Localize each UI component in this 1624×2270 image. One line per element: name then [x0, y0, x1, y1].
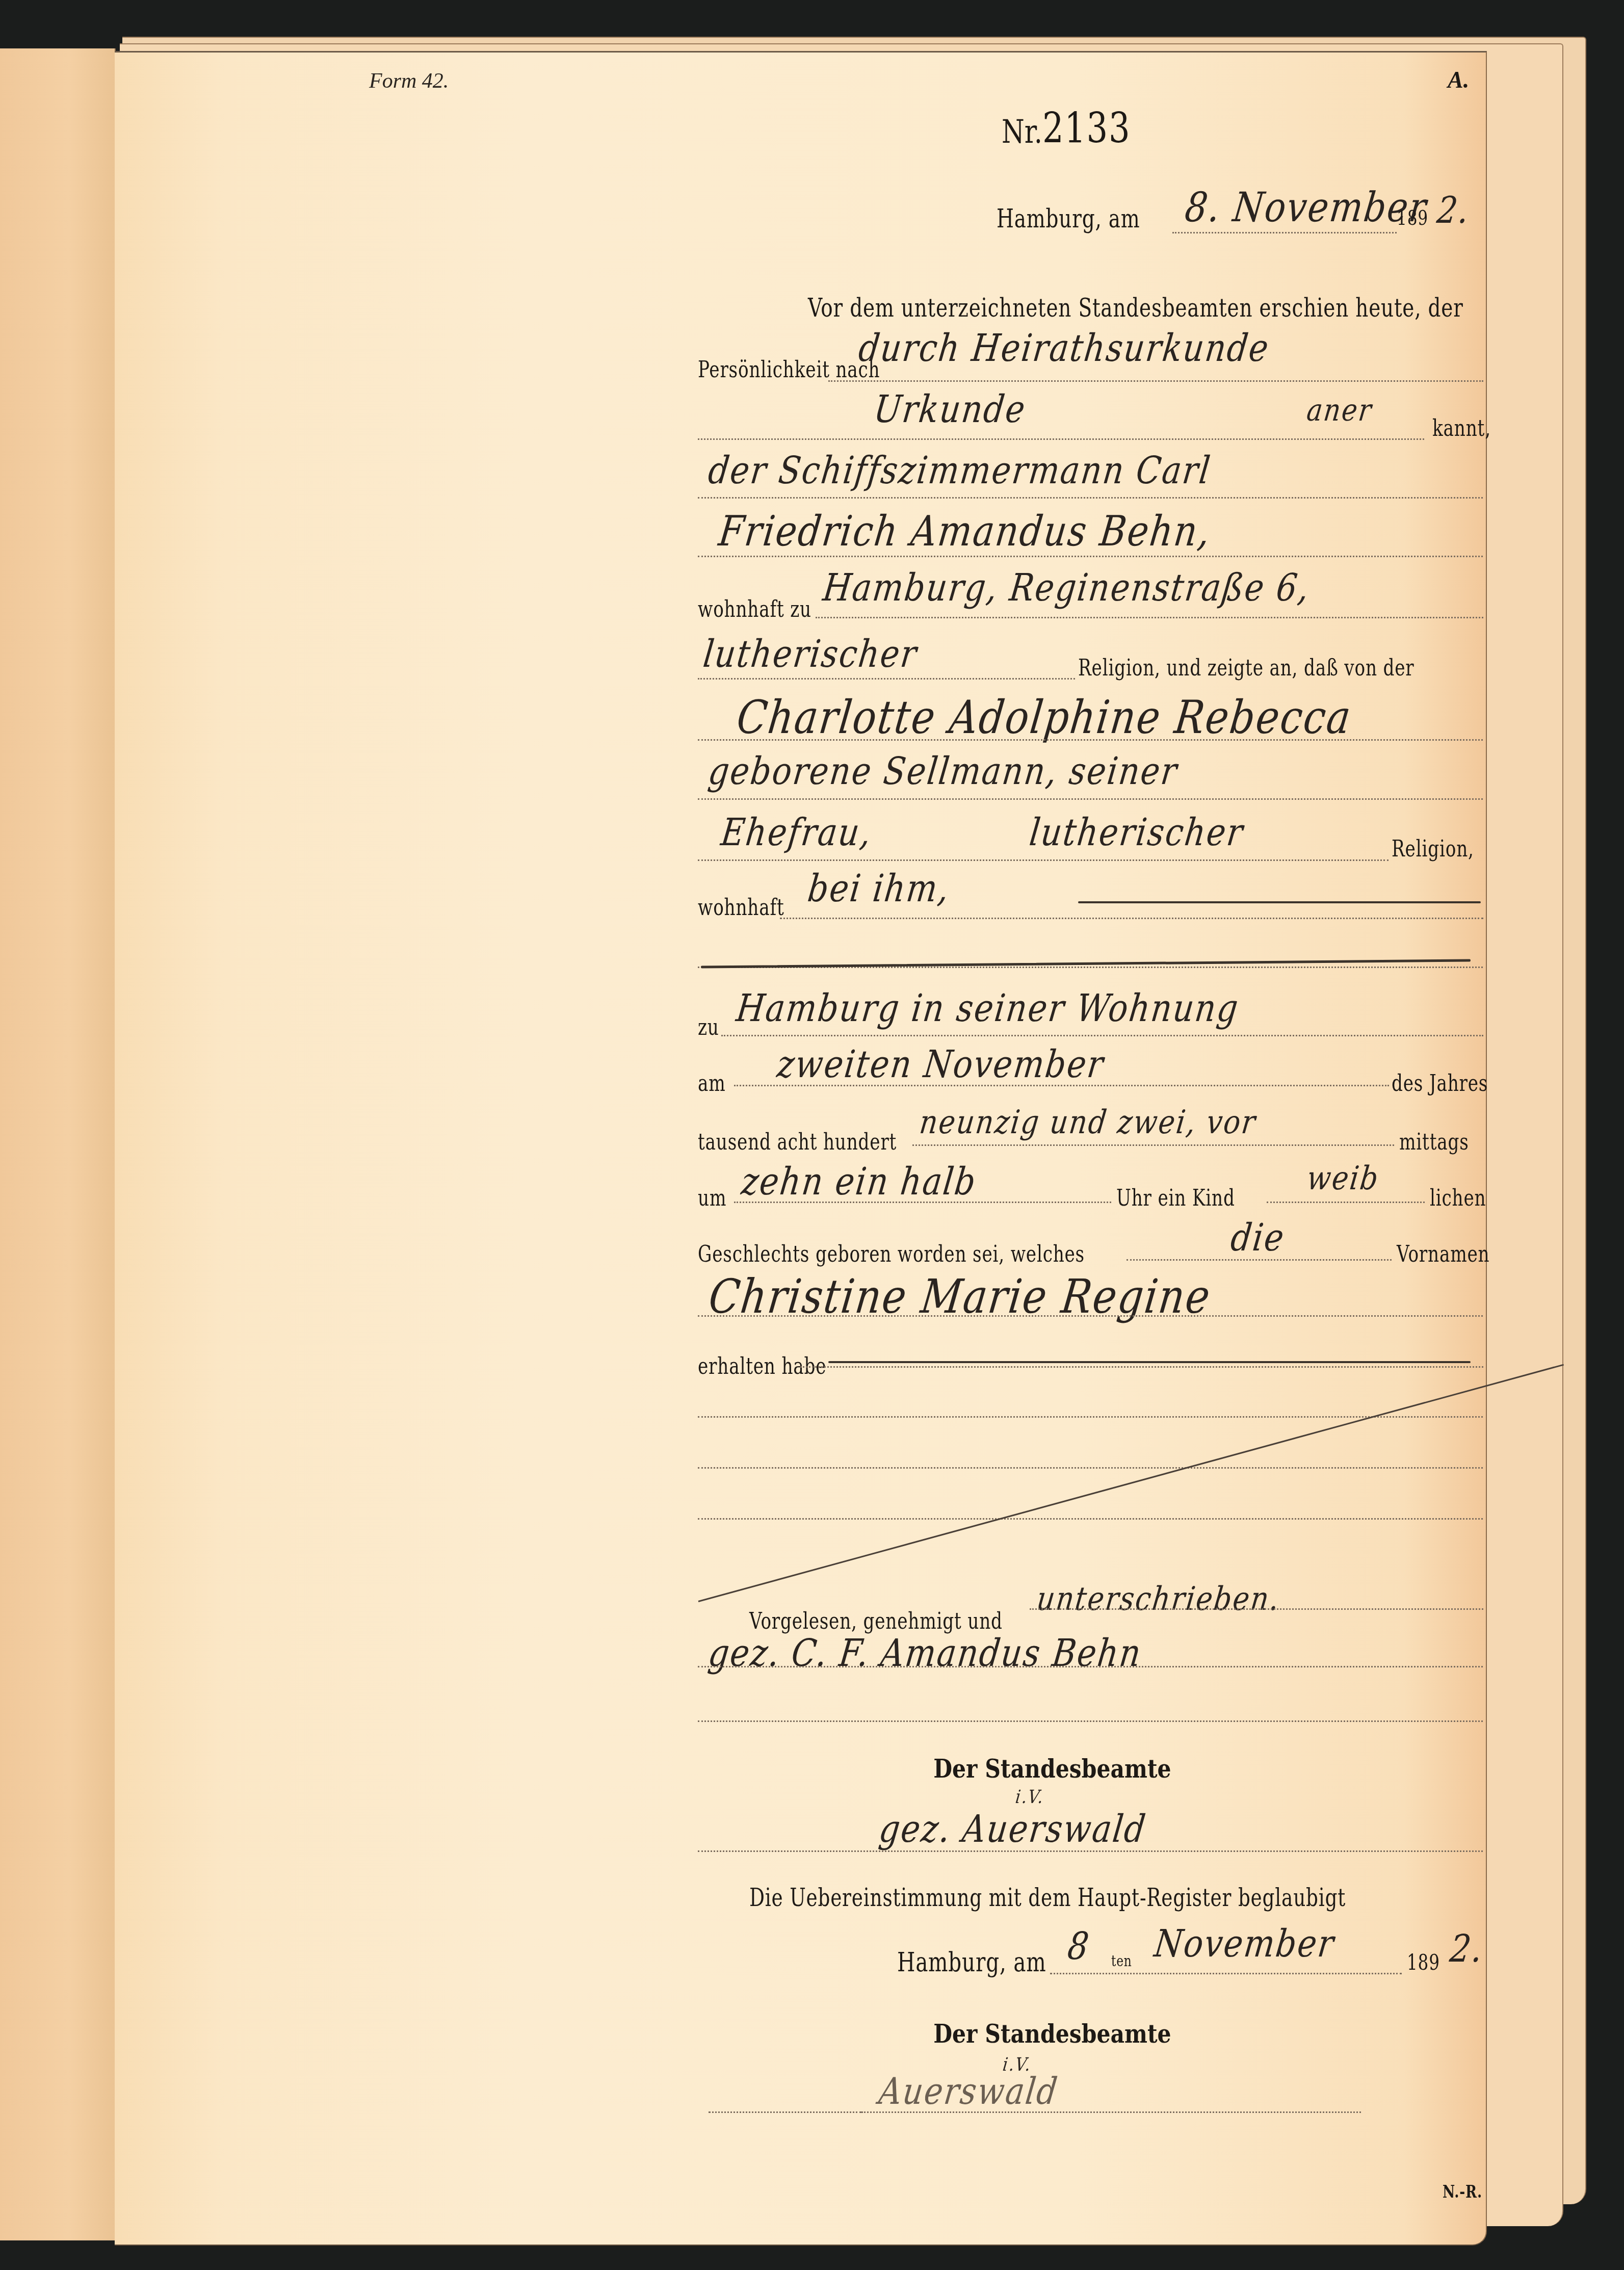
handwritten-unterschrieben: unterschrieben.	[1035, 1580, 1282, 1618]
handwritten-aner: aner	[1305, 393, 1374, 428]
form-text-geschlechts: Geschlechts geboren worden sei, welches	[698, 1241, 1085, 1267]
handwritten-registrar-signature: gez. Auerswald	[877, 1807, 1149, 1851]
dotted-line	[698, 1850, 1483, 1852]
header-year-handwritten: 2.	[1435, 189, 1473, 231]
form-label-tausend: tausend acht hundert	[698, 1129, 897, 1155]
handwritten-father-signature: gez. C. F. Amandus Behn	[706, 1631, 1144, 1675]
cert-date-prefix: Hamburg, am	[897, 1947, 1046, 1978]
dotted-line	[698, 438, 1424, 440]
handwritten-birth-place: Hamburg in seiner Wohnung	[734, 986, 1242, 1030]
official-heading-2: Der Standesbeamte	[933, 2019, 1171, 2049]
handwritten-urkunde: Urkunde	[872, 387, 1029, 431]
dotted-line	[1030, 1608, 1483, 1610]
cert-month-handwritten: November	[1152, 1922, 1338, 1966]
dotted-line	[698, 798, 1483, 800]
form-label-zu: zu	[698, 1014, 719, 1040]
dotted-line	[698, 1518, 1483, 1520]
form-label-lichen: lichen	[1430, 1185, 1486, 1211]
form-text-line1: Vor dem unterzeichneten Standesbeamten e…	[808, 293, 1463, 323]
official-heading: Der Standesbeamte	[933, 1754, 1171, 1784]
form-label: Form 42.	[369, 69, 449, 93]
dotted-line	[698, 1467, 1483, 1469]
handwritten-birth-year: neunzig und zwei, vor	[918, 1104, 1259, 1141]
record-number: Nr.2133	[1002, 105, 1131, 153]
dotted-line	[721, 1035, 1483, 1036]
dotted-line	[828, 380, 1483, 382]
cert-day-suffix: ten	[1111, 1952, 1132, 1970]
handwritten-identification: durch Heirathsurkunde	[856, 326, 1272, 370]
dotted-line	[709, 2111, 861, 2113]
header-date-prefix: Hamburg, am	[997, 204, 1140, 233]
dotted-line	[912, 1144, 1394, 1146]
handwritten-birth-date: zweiten November	[775, 1042, 1107, 1086]
adjacent-left-page	[0, 48, 116, 2240]
cert-year-handwritten: 2.	[1448, 1927, 1486, 1971]
header-year-printed: 189	[1397, 206, 1428, 230]
dotted-line	[698, 1416, 1483, 1418]
dotted-line	[698, 1720, 1483, 1722]
dotted-line	[698, 678, 1075, 680]
dotted-line	[698, 497, 1483, 499]
dotted-line	[800, 1366, 1483, 1368]
dotted-line	[1050, 1973, 1402, 1974]
handwritten-father-religion: lutherischer	[701, 632, 920, 676]
handwritten-mother-maiden-name: geborene Sellmann, seiner	[706, 749, 1181, 793]
form-label-uhr-kind: Uhr ein Kind	[1116, 1185, 1235, 1211]
dotted-line	[698, 1666, 1483, 1667]
dotted-line	[1267, 1202, 1425, 1203]
dotted-line	[780, 918, 1483, 919]
form-text-vorgelesen: Vorgelesen, genehmigt und	[749, 1608, 1003, 1634]
record-number-prefix: Nr.	[1002, 113, 1042, 151]
header-date-handwritten: 8. November	[1183, 184, 1430, 231]
handwritten-birth-time: zehn ein halb	[739, 1160, 979, 1204]
dotted-line	[698, 556, 1483, 557]
handwritten-father-residence: Hamburg, Reginenstraße 6,	[821, 566, 1313, 610]
dotted-line	[734, 1202, 1111, 1203]
handwritten-die: die	[1228, 1216, 1288, 1260]
form-text-religion-zeigte: Religion, und zeigte an, daß von der	[1078, 655, 1415, 681]
dotted-line	[734, 1085, 1389, 1086]
form-label-wohnhaft-2: wohnhaft	[698, 895, 784, 921]
handwritten-sex: weib	[1305, 1160, 1381, 1197]
strike-line	[1078, 901, 1481, 903]
dotted-line	[698, 739, 1483, 741]
record-number-value: 2133	[1042, 105, 1131, 153]
cert-year-printed: 189	[1407, 1950, 1440, 1975]
strike-line	[828, 1361, 1471, 1363]
handwritten-ehefrau: Ehefrau,	[719, 811, 875, 854]
handwritten-father-name: Friedrich Amandus Behn,	[716, 507, 1214, 556]
dotted-line	[1127, 1259, 1392, 1261]
form-label-wohnhaft: wohnhaft zu	[698, 596, 811, 622]
certification-text: Die Uebereinstimmung mit dem Haupt-Regis…	[749, 1884, 1346, 1912]
footer-mark: N.-R.	[1443, 2182, 1482, 2202]
form-label-mittags: mittags	[1399, 1129, 1469, 1155]
form-label-des-jahres: des Jahres	[1392, 1071, 1488, 1097]
form-label-persoenlichkeit: Persönlichkeit nach	[698, 357, 880, 383]
dotted-line	[816, 617, 1483, 618]
form-label-am: am	[698, 1071, 726, 1097]
form-label-vornamen: Vornamen	[1397, 1241, 1489, 1267]
form-label-kannt: kannt,	[1432, 415, 1491, 441]
form-label-religion: Religion,	[1392, 836, 1474, 862]
handwritten-iv-note: i.V.	[1014, 1787, 1045, 1808]
dotted-line	[1172, 232, 1397, 233]
handwritten-mother-name: Charlotte Adolphine Rebecca	[734, 691, 1355, 744]
section-letter: A.	[1448, 66, 1469, 93]
form-label-um: um	[698, 1185, 726, 1211]
handwritten-father-occupation: der Schiffszimmermann Carl	[706, 449, 1214, 492]
dotted-line	[861, 2111, 1361, 2113]
handwritten-registrar-signature-2: Auerswald	[877, 2070, 1061, 2112]
dotted-line	[698, 859, 1389, 861]
handwritten-mother-residence: bei ihm,	[805, 867, 953, 910]
handwritten-mother-religion: lutherischer	[1027, 811, 1246, 854]
dotted-line	[698, 1315, 1483, 1317]
